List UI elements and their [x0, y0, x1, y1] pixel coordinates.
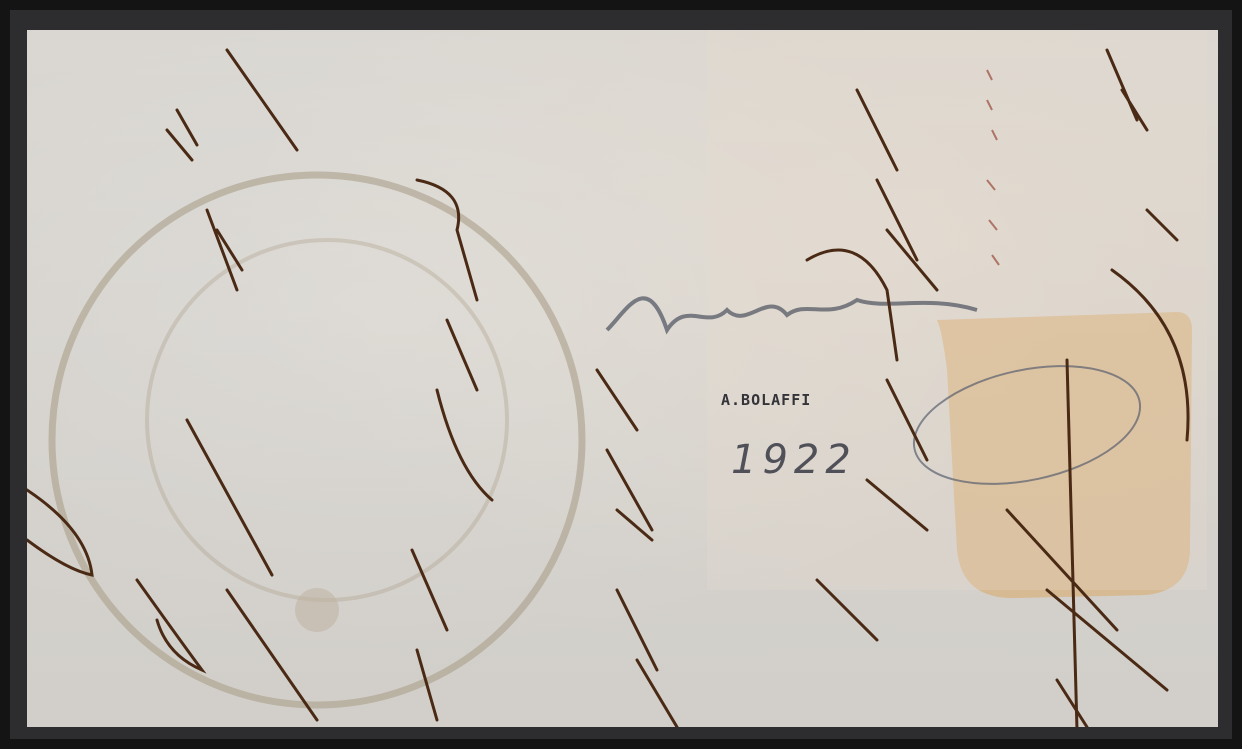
expertizer-mark-name: A.BOLAFFI: [721, 391, 811, 409]
paper-fragment: A.BOLAFFI 1922: [27, 30, 1218, 727]
fragment-artwork: [27, 30, 1218, 727]
expertizer-mark-year: 1922: [731, 437, 857, 483]
circular-postmark: [52, 175, 582, 705]
